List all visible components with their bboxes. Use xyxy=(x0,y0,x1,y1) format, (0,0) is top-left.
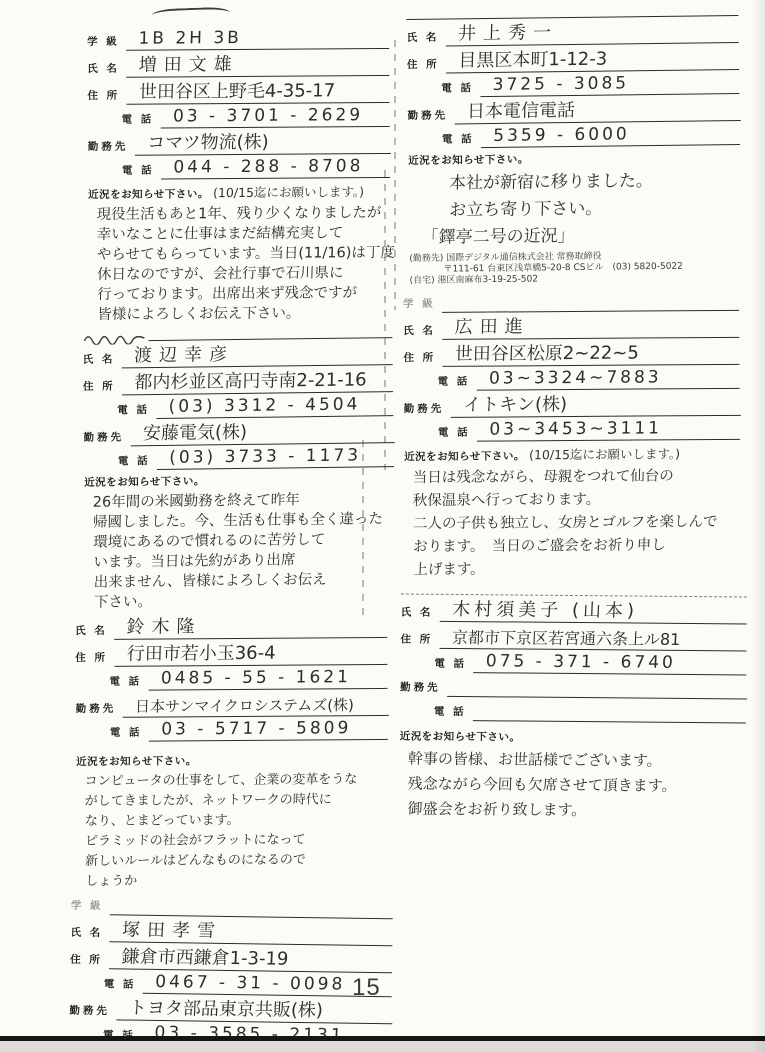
note-line: 新しいルールはどんなものになるので xyxy=(85,850,390,872)
address-value: 目黒区本町1-12-3 xyxy=(446,49,740,73)
pen-stroke-icon xyxy=(152,7,230,22)
note-line: しょうか xyxy=(85,870,390,892)
address-value: 鎌倉市西鎌倉1-3-19 xyxy=(109,948,393,973)
name-row: 氏 名 木村須美子 (山本) xyxy=(401,594,747,624)
news-prompt-label: 近況をお知らせ下さい。 xyxy=(76,753,197,769)
workplace-label: 勤務先 xyxy=(400,679,447,696)
phone-label: 電 話 xyxy=(442,131,481,148)
phone-row: 電 話 03~3324~7883 xyxy=(437,365,739,391)
address-value: 世田谷区上野毛4-35-17 xyxy=(126,82,390,105)
note-line: 二人の子供も独立し、女房とゴルフを楽しんで xyxy=(413,511,742,536)
contact-entry: 氏 名 渡辺幸彦 住 所 都内杉並区高円寺南2-21-16 電 話 (03) 3… xyxy=(82,324,395,613)
name-label: 氏 名 xyxy=(401,604,440,621)
workplace-value: イトキン(株) xyxy=(450,395,740,418)
workplace-phone-row: 電 話 5359 - 6000 xyxy=(442,121,740,149)
phone-label: 電 話 xyxy=(441,80,480,97)
workplace-phone-value: 03~3453~3111 xyxy=(477,420,741,442)
note-line: 休日なのですが、会社行事で石川県に xyxy=(97,263,392,285)
name-label: 氏 名 xyxy=(87,61,126,78)
phone-label: 電 話 xyxy=(438,374,477,391)
note-line: やらせてもらっています。当日(11/16)は丁度 xyxy=(97,243,392,265)
name-row: 氏 名 塚田孝雪 xyxy=(70,915,392,946)
address-label: 住 所 xyxy=(70,952,109,970)
workplace-phone-value xyxy=(472,719,745,723)
note-line: 秋保温泉へ行っております。 xyxy=(413,488,742,513)
class-label: 学 級 xyxy=(71,898,110,916)
note-line: 当日は残念ながら、母親をつれて仙台の xyxy=(412,465,741,490)
note-line: 本社が新宿に移りました。 xyxy=(449,167,742,198)
name-value: 塚田孝雪 xyxy=(109,921,393,946)
phone-row: 電 話 (03) 3312 - 4504 xyxy=(117,392,393,419)
workplace-phone-value: 044 - 288 - 8708 xyxy=(161,158,391,179)
workplace-phone-row: 電 話 03~3453~3111 xyxy=(438,416,740,442)
address-row: 住 所 行田市若小玉36-4 xyxy=(75,638,387,667)
workplace-label: 勤務先 xyxy=(84,429,131,447)
phone-value: 03 - 3701 - 2629 xyxy=(160,107,390,128)
workplace-value: トヨタ部品東京共販(株) xyxy=(116,1000,392,1025)
workplace-phone-value: (03) 3733 - 1173 xyxy=(157,447,395,470)
blank-line xyxy=(109,892,393,919)
news-prompt-label: 近況をお知らせ下さい。 xyxy=(88,186,209,202)
workplace-row: 勤務先 トヨタ部品東京共販(株) xyxy=(69,993,391,1024)
workplace-detail-note: (勤務先) 国際デジタル通信株式会社 常務取締役 〒111-61 台東区浅草橋5… xyxy=(409,250,741,287)
contact-entry: 氏 名 井上秀一 住 所 目黒区本町1-12-3 電 話 3725 - 3085… xyxy=(406,6,741,287)
note-line: 上げます。 xyxy=(413,557,742,582)
news-prompt: 近況をお知らせ下さい。 xyxy=(76,752,388,769)
phone-value: 0485 - 55 - 1621 xyxy=(148,669,388,691)
handwritten-note: 当日は残念ながら、母親をつれて仙台の 秋保温泉へ行っております。 二人の子供も独… xyxy=(404,465,741,582)
workplace-label: 勤務先 xyxy=(404,401,451,418)
name-label: 氏 名 xyxy=(407,30,446,47)
address-label: 住 所 xyxy=(75,650,114,667)
news-prompt-label: 近況をお知らせ下さい。 xyxy=(400,728,521,744)
note-line: 「鐸亭二号の近況」 xyxy=(421,221,742,252)
news-prompt-label: 近況をお知らせ下さい。 xyxy=(404,448,525,464)
phone-label: 電 話 xyxy=(118,453,157,470)
handwritten-note: 本社が新宿に移りました。 お立ち寄り下さい。 「鐸亭二号の近況」 xyxy=(408,167,741,252)
workplace-phone-row: 電 話 044 - 288 - 8708 xyxy=(122,154,390,180)
name-label: 氏 名 xyxy=(403,323,442,340)
workplace-phone-value: 03 - 5717 - 5809 xyxy=(149,720,389,742)
name-value: 増田文雄 xyxy=(126,55,390,78)
fold-line xyxy=(394,40,396,310)
address-label: 住 所 xyxy=(400,631,439,648)
name-value: 木村須美子 (山本) xyxy=(439,601,747,625)
note-line: ピラミッドの社会がフラットになって xyxy=(85,830,390,852)
note-line: 幹事の皆様、お世話様でございます。 xyxy=(407,747,746,775)
news-prompt-label: 近況をお知らせ下さい。 xyxy=(408,152,529,168)
address-row: 住 所 鎌倉市西鎌倉1-3-19 xyxy=(70,942,392,973)
phone-label: 電 話 xyxy=(109,674,148,691)
news-prompt: 近況をお知らせ下さい。 xyxy=(84,471,394,490)
contact-entry: 学 級 1B 2H 3B 氏 名 増田文雄 住 所 世田谷区上野毛4-35-17… xyxy=(87,25,391,325)
contact-entry: 氏 名 木村須美子 (山本) 住 所 京都市下京区若宮通六条上ル81 電 話 0… xyxy=(399,584,747,824)
workplace-phone-row: 電 話 (03) 3733 - 1173 xyxy=(118,443,394,470)
address-row: 住 所 京都市下京区若宮通六条上ル81 xyxy=(400,621,746,651)
class-row: 学 級 xyxy=(403,297,739,313)
contact-entry: 氏 名 鈴木隆 住 所 行田市若小玉36-4 電 話 0485 - 55 - 1… xyxy=(75,611,389,892)
workplace-row: 勤務先 日本電信電話 xyxy=(407,94,739,125)
blank-line xyxy=(148,323,392,341)
note-line: コンピュータの仕事をして、企業の変革をうな xyxy=(84,770,389,792)
news-prompt: 近況をお知らせ下さい。 (10/15迄にお願いします。) xyxy=(404,444,740,464)
workplace-phone-value: 5359 - 6000 xyxy=(481,125,741,148)
phone-label: 電 話 xyxy=(434,704,473,721)
note-line: 皆様によろしくお伝え下さい。 xyxy=(97,303,392,325)
note-line: 下さい。 xyxy=(94,589,396,613)
workplace-row: 勤務先 安藤電気(株) xyxy=(83,416,393,447)
phone-value: 075 - 371 - 6740 xyxy=(473,653,747,675)
workplace-value: 日本サンマイクロシステムズ(株) xyxy=(122,698,388,718)
address-label: 住 所 xyxy=(407,57,446,74)
handwritten-note: 26年間の米國勤務を終えて昨年 帰國しました。今、生活も仕事も全く違った 環境に… xyxy=(84,489,395,613)
blank-line xyxy=(442,296,739,313)
name-value: 鈴木隆 xyxy=(114,617,388,640)
news-prompt-label: 近況をお知らせ下さい。 xyxy=(84,473,205,489)
name-row: 氏 名 鈴木隆 xyxy=(75,611,387,640)
scanned-contact-form-page: 学 級 1B 2H 3B 氏 名 増田文雄 住 所 世田谷区上野毛4-35-17… xyxy=(0,0,765,1052)
phone-value: 03~3324~7883 xyxy=(476,369,740,391)
note-line: がしてきましたが、ネットワークの時代に xyxy=(84,790,389,812)
scan-edge-tail xyxy=(0,1041,765,1052)
phone-label: 電 話 xyxy=(110,725,149,742)
name-value: 井上秀一 xyxy=(445,22,739,46)
phone-label: 電 話 xyxy=(122,163,161,180)
address-row: 住 所 世田谷区松原2~22~5 xyxy=(403,338,739,367)
workplace-value: 日本電信電話 xyxy=(454,100,740,124)
phone-value: (03) 3312 - 4504 xyxy=(156,396,394,419)
note-line: 現役生活もあと1年、残り少くなりましたが xyxy=(96,203,391,225)
contact-entry: 学 級 氏 名 塚田孝雪 住 所 鎌倉市西鎌倉1-3-19 電 話 0467 -… xyxy=(69,893,393,1048)
name-value: 広田進 xyxy=(442,317,740,340)
workplace-row: 勤務先 コマツ物流(株) xyxy=(88,127,390,156)
workplace-row: 勤務先 イトキン(株) xyxy=(404,389,740,418)
scribble-icon xyxy=(82,332,148,345)
phone-label: 電 話 xyxy=(438,425,477,442)
phone-row: 電 話 03 - 3701 - 2629 xyxy=(122,103,390,129)
address-label: 住 所 xyxy=(87,88,126,105)
workplace-label: 勤務先 xyxy=(88,139,135,156)
contact-entry: 学 級 氏 名 広田進 住 所 世田谷区松原2~22~5 電 話 03~3324… xyxy=(403,297,741,582)
phone-row: 電 話 3725 - 3085 xyxy=(441,70,739,98)
address-value: 世田谷区松原2~22~5 xyxy=(442,344,740,367)
workplace-value: コマツ物流(株) xyxy=(134,133,390,156)
handwritten-note: 現役生活もあと1年、残り少くなりましたが 幸いなことに仕事はまだ結構充実して や… xyxy=(88,203,391,325)
name-label: 氏 名 xyxy=(83,351,122,368)
note-line: なり、とまどっています。 xyxy=(85,810,390,832)
phone-label: 電 話 xyxy=(117,402,156,419)
address-row: 住 所 世田谷区上野毛4-35-17 xyxy=(87,76,389,105)
class-label: 学 級 xyxy=(403,296,442,313)
phone-row: 電 話 0467 - 31 - 0098 xyxy=(104,969,392,997)
address-value: 京都市下京区若宮通六条上ル81 xyxy=(439,630,747,651)
workplace-label: 勤務先 xyxy=(69,1003,116,1021)
name-row: 氏 名 広田進 xyxy=(403,311,739,340)
workplace-phone-row: 電 話 xyxy=(434,697,746,724)
phone-value: 3725 - 3085 xyxy=(480,74,740,97)
name-label: 氏 名 xyxy=(70,925,109,943)
news-prompt-note: (10/15迄にお願いします。) xyxy=(212,182,364,201)
note-line: 行っております。出席出来ず残念ですが xyxy=(97,283,392,305)
page-number: 15 xyxy=(352,974,381,1002)
address-label: 住 所 xyxy=(83,378,122,395)
handwritten-note: コンピュータの仕事をして、企業の変革をうな がしてきましたが、ネットワークの時代… xyxy=(76,770,389,892)
phone-label: 電 話 xyxy=(434,656,473,673)
phone-row: 電 話 075 - 371 - 6740 xyxy=(434,649,746,676)
phone-label: 電 話 xyxy=(104,976,143,994)
workplace-row: 勤務先 日本サンマイクロシステムズ(株) xyxy=(76,689,388,718)
name-label: 氏 名 xyxy=(75,623,114,640)
phone-row: 電 話 0485 - 55 - 1621 xyxy=(109,665,387,691)
address-value: 行田市若小玉36-4 xyxy=(114,644,388,667)
workplace-label: 勤務先 xyxy=(408,107,455,125)
news-prompt: 近況をお知らせ下さい。 (10/15迄にお願いします。) xyxy=(88,182,390,202)
note-line: おります。 当日のご盛会をお祈り申し xyxy=(413,534,742,559)
note-line: 残念ながら今回も欠席させて頂きます。 xyxy=(407,772,746,800)
news-prompt-note: (10/15迄にお願いします。) xyxy=(528,444,680,463)
name-value: 渡辺幸彦 xyxy=(121,344,393,368)
workplace-label: 勤務先 xyxy=(76,701,123,718)
phone-label: 電 話 xyxy=(122,112,161,129)
note-line: 御盛会をお祈り致します。 xyxy=(407,797,746,825)
class-value: 1B 2H 3B xyxy=(126,29,390,51)
name-row: 氏 名 増田文雄 xyxy=(87,49,389,78)
handwritten-note: 幹事の皆様、お世話様でございます。 残念ながら今回も欠席させて頂きます。 御盛会… xyxy=(399,746,746,824)
news-prompt: 近況をお知らせ下さい。 xyxy=(408,149,740,168)
news-prompt: 近況をお知らせ下さい。 xyxy=(400,728,746,746)
workplace-row: 勤務先 xyxy=(400,672,746,699)
address-row: 住 所 都内杉並区高円寺南2-21-16 xyxy=(83,365,393,396)
note-line: お立ち寄り下さい。 xyxy=(449,194,742,225)
workplace-phone-row: 電 話 03 - 5717 - 5809 xyxy=(110,716,388,742)
note-line: 幸いなことに仕事はまだ結構充実して xyxy=(96,223,391,245)
class-row: 学 級 xyxy=(71,893,393,919)
class-row: 学 級 1B 2H 3B xyxy=(87,25,389,51)
name-row: 氏 名 井上秀一 xyxy=(406,16,738,47)
address-row: 住 所 目黒区本町1-12-3 xyxy=(407,43,739,74)
address-value: 都内杉並区高円寺南2-21-16 xyxy=(122,371,394,395)
address-label: 住 所 xyxy=(403,350,442,367)
workplace-value: 安藤電気(株) xyxy=(130,422,394,446)
class-label: 学 級 xyxy=(87,34,126,51)
